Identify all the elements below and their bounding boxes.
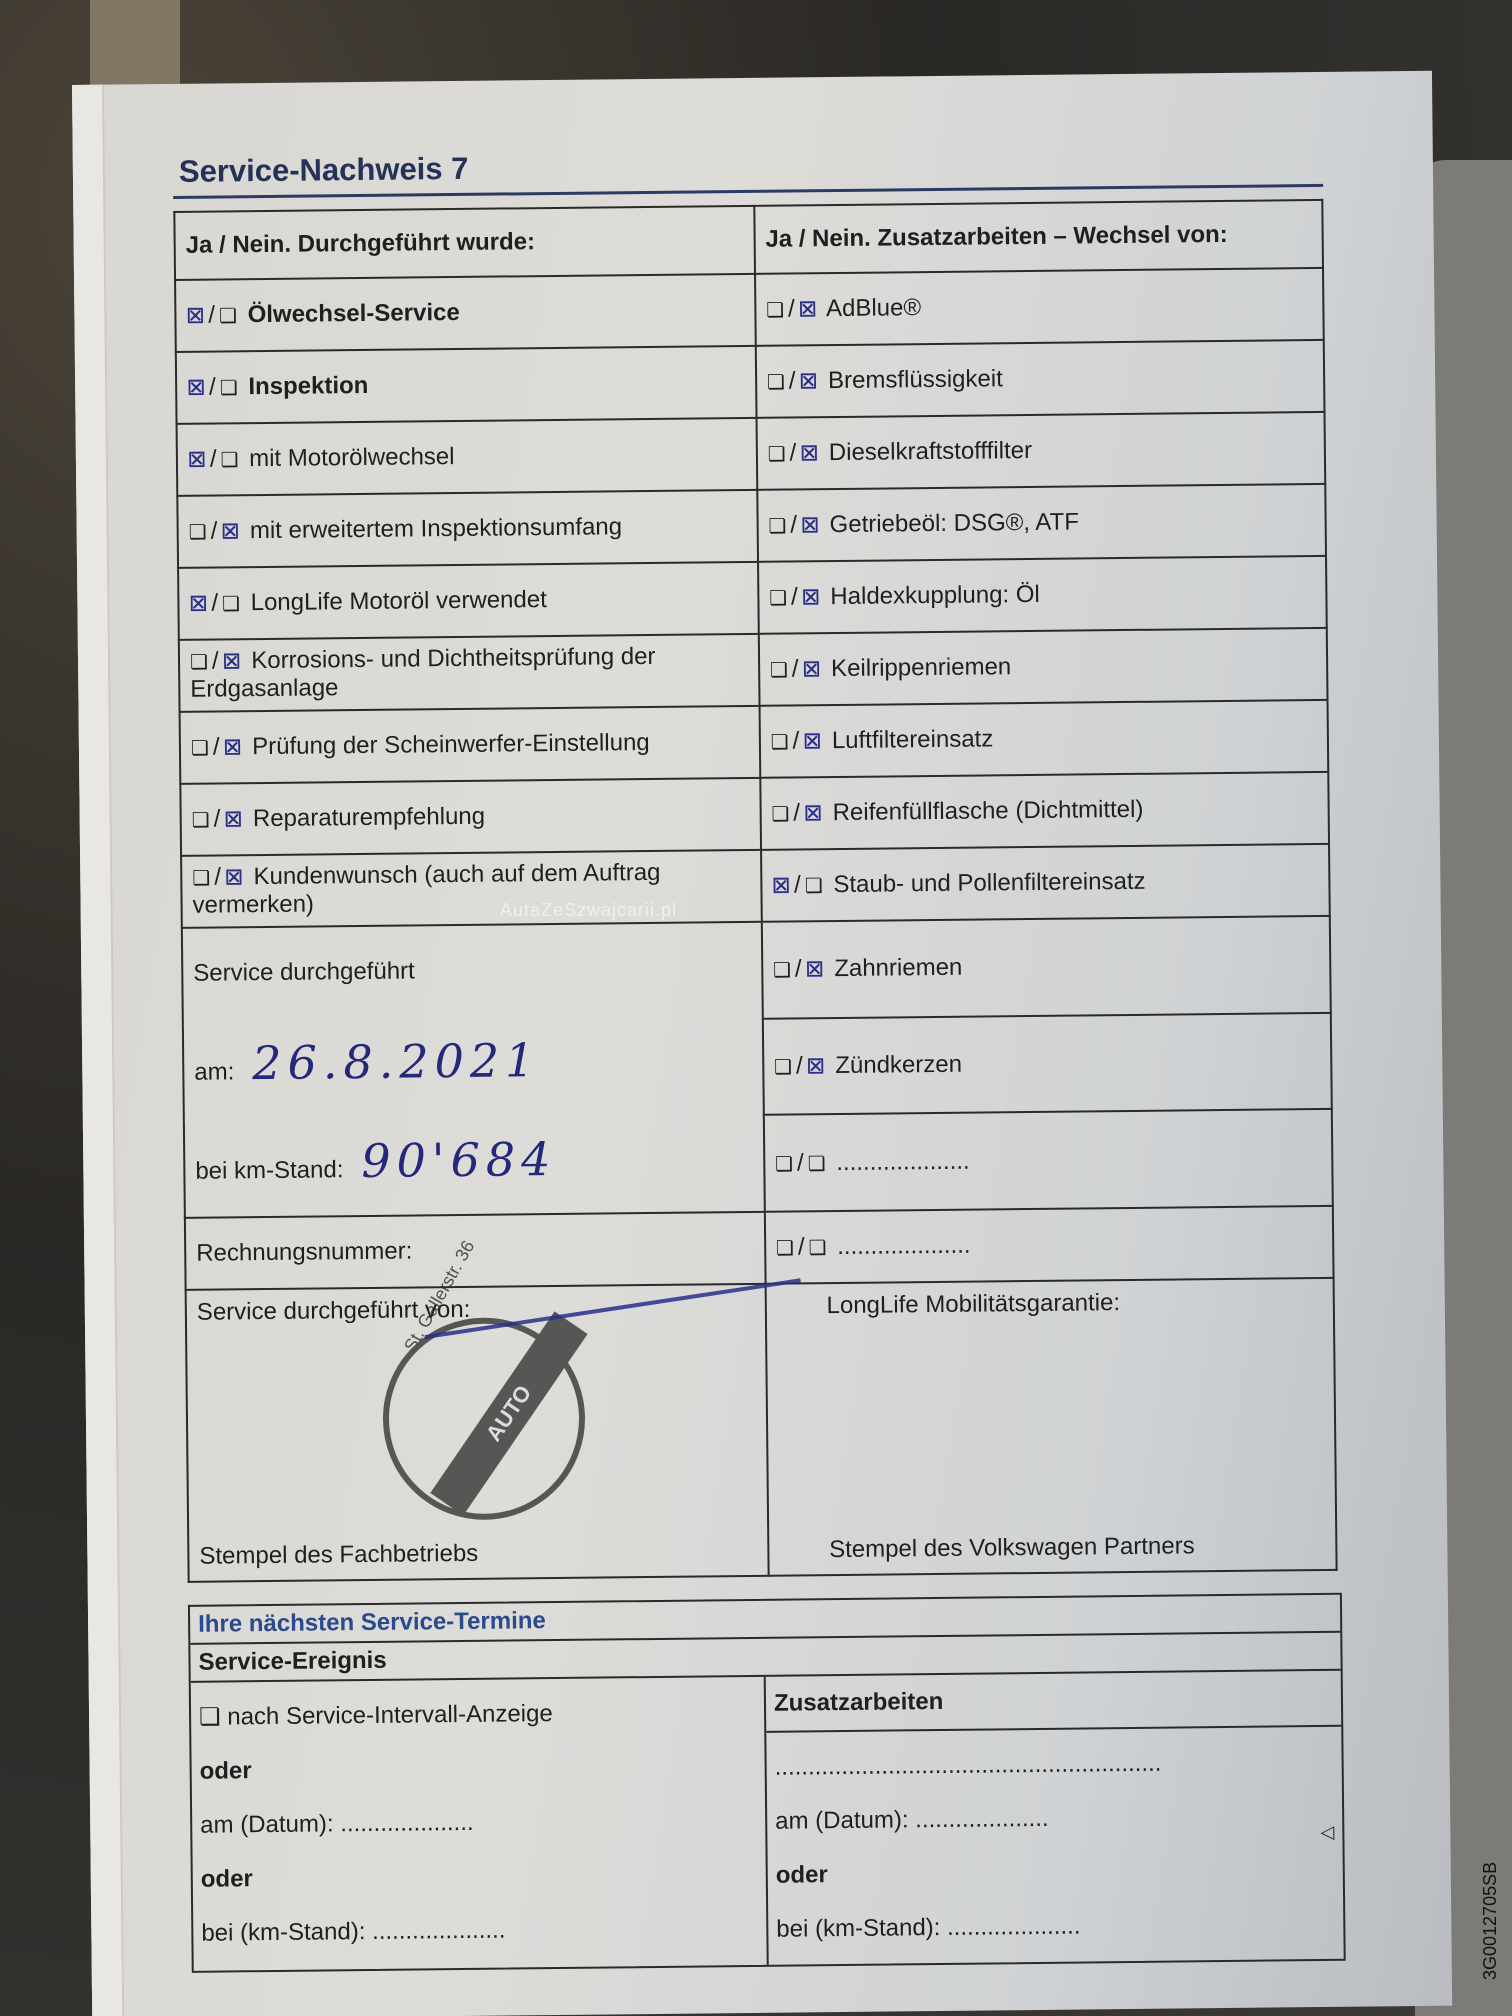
separator: / [789, 367, 796, 394]
separator: / [788, 295, 795, 322]
right-item: ☒/❏ Staub- und Pollenfiltereinsatz [761, 844, 1330, 922]
right-item: ❏/❏ .................... [765, 1206, 1334, 1284]
separator: / [798, 1233, 805, 1260]
additional-date-field[interactable]: am (Datum): .................... [775, 1789, 1335, 1849]
oder-label: oder [201, 1847, 759, 1907]
nein-checkbox[interactable]: ❏ [220, 447, 238, 472]
document-code: 3G0012705SB [1480, 1862, 1501, 1980]
ja-checkbox[interactable]: ❏ [189, 520, 207, 545]
right-item: ❏/☒ Reifenfüllflasche (Dichtmittel) [760, 772, 1329, 850]
page-content: Service-Nachweis 7 Ja / Nein. Durchgefüh… [173, 142, 1342, 1973]
left-header: Ja / Nein. Durchgeführt wurde: [174, 206, 754, 280]
service-date-km-cell: Service durchgeführt am:26.8.2021bei km-… [182, 922, 765, 1218]
right-item: ❏/☒ Haldexkupplung: Öl [758, 556, 1327, 634]
right-item: ❏/☒ Zahnriemen [762, 916, 1331, 1019]
item-label: Zahnriemen [834, 954, 962, 982]
ja-checkbox[interactable]: ☒ [188, 448, 206, 473]
separator: / [797, 1149, 804, 1176]
right-header: Ja / Nein. Zusatzarbeiten – Wechsel von: [754, 200, 1323, 274]
separator: / [789, 439, 796, 466]
nein-checkbox[interactable]: ☒ [799, 297, 817, 322]
nein-checkbox[interactable]: ☒ [807, 1054, 825, 1079]
ja-checkbox[interactable]: ❏ [775, 1151, 793, 1176]
left-item: ☒/❏ LongLife Motoröl verwendet [178, 562, 758, 640]
separator: / [214, 863, 221, 890]
oder-label: oder [199, 1739, 757, 1799]
km-value[interactable]: 90'684 [361, 1132, 557, 1188]
ja-checkbox[interactable]: ❏ [776, 1236, 794, 1261]
item-label: Reparaturempfehlung [253, 803, 485, 832]
right-item: ❏/☒ Keilrippenriemen [759, 628, 1328, 706]
separator: / [208, 302, 215, 329]
separator: / [792, 655, 799, 682]
separator: / [213, 733, 220, 760]
ja-checkbox[interactable]: ❏ [190, 650, 208, 675]
nein-checkbox[interactable]: ☒ [801, 513, 819, 538]
nein-checkbox[interactable]: ☒ [225, 865, 243, 890]
ja-checkbox[interactable]: ☒ [187, 376, 205, 401]
left-item: ☒/❏ Inspektion [176, 346, 756, 424]
nein-checkbox[interactable]: ☒ [223, 649, 241, 674]
item-label: Zündkerzen [835, 1051, 962, 1079]
separator: / [213, 805, 220, 832]
left-item: ❏/☒ Korrosions- und Dichtheitsprüfung de… [179, 634, 759, 712]
separator: / [793, 799, 800, 826]
nein-checkbox[interactable]: ❏ [808, 1235, 826, 1260]
item-label: mit erweitertem Inspektionsumfang [250, 513, 622, 544]
item-label: AdBlue® [826, 294, 921, 322]
next-date-field[interactable]: am (Datum): .................... [200, 1793, 758, 1853]
left-item: ❏/☒ Reparaturempfehlung [180, 778, 760, 856]
ja-checkbox[interactable]: ❏ [769, 586, 787, 611]
nein-checkbox[interactable]: ☒ [223, 735, 241, 760]
nein-checkbox[interactable]: ☒ [806, 958, 824, 983]
item-label: Dieselkraftstofffilter [829, 437, 1032, 466]
item-label: Staub- und Pollenfiltereinsatz [833, 868, 1145, 898]
ja-checkbox[interactable]: ❏ [192, 808, 210, 833]
right-item: ❏/☒ Bremsflüssigkeit [756, 340, 1325, 418]
additional-work-field[interactable]: ........................................… [774, 1735, 1334, 1795]
separator: / [796, 1052, 803, 1079]
item-label: .................... [836, 1147, 970, 1175]
separator: / [794, 871, 801, 898]
right-item: ❏/❏ .................... [764, 1109, 1333, 1212]
nein-checkbox[interactable]: ☒ [802, 585, 820, 610]
separator: / [795, 956, 802, 983]
signature [425, 1278, 810, 1398]
item-label: Bremsflüssigkeit [828, 365, 1003, 394]
ja-checkbox[interactable]: ❏ [773, 958, 791, 983]
nein-checkbox[interactable]: ☒ [804, 801, 822, 826]
service-record-table: Ja / Nein. Durchgeführt wurde: Ja / Nein… [173, 199, 1337, 1583]
separator: / [211, 589, 218, 616]
nein-checkbox[interactable]: ❏ [222, 591, 240, 616]
ja-checkbox[interactable]: ❏ [771, 730, 789, 755]
ja-checkbox[interactable]: ❏ [768, 442, 786, 467]
item-label: Luftfiltereinsatz [832, 725, 994, 754]
service-booklet-page: Service-Nachweis 7 Ja / Nein. Durchgefüh… [72, 71, 1452, 2016]
ja-checkbox[interactable]: ❏ [768, 514, 786, 539]
additional-km-field[interactable]: bei (km-Stand): .................... [776, 1897, 1336, 1957]
item-label: Prüfung der Scheinwerfer-Einstellung [252, 729, 650, 760]
ja-checkbox[interactable]: ❏ [774, 1054, 792, 1079]
nein-checkbox[interactable]: ☒ [800, 441, 818, 466]
service-date-value[interactable]: 26.8.2021 [252, 1033, 541, 1090]
additional-work-column: Zusatzarbeiten .........................… [766, 1671, 1344, 1965]
separator: / [212, 647, 219, 674]
separator: / [210, 518, 217, 545]
left-item: ❏/☒ mit erweitertem Inspektionsumfang [177, 490, 757, 568]
left-item: ☒/❏ Ölwechsel-Service [175, 274, 755, 352]
item-label: Getriebeöl: DSG®, ATF [829, 508, 1079, 538]
item-label: Keilrippenriemen [831, 653, 1011, 682]
ja-checkbox[interactable]: ☒ [186, 304, 204, 329]
ja-checkbox[interactable]: ❏ [766, 298, 784, 323]
item-label: LongLife Motoröl verwendet [251, 586, 547, 616]
ja-checkbox[interactable]: ☒ [772, 874, 790, 899]
watermark: AutaZeSzwajcarii.pl [500, 900, 677, 921]
ja-checkbox[interactable]: ☒ [189, 592, 207, 617]
workshop-stamp-label: Stempel des Fachbetriebs [199, 1540, 478, 1571]
nein-checkbox[interactable]: ☒ [799, 369, 817, 394]
left-item: ❏/☒ Prüfung der Scheinwerfer-Einstellung [180, 706, 760, 784]
item-label: Reifenfüllflasche (Dichtmittel) [832, 796, 1143, 826]
workshop-stamp-cell: Service durchgeführt von:St. Gallerstr. … [186, 1284, 769, 1582]
item-label: mit Motorölwechsel [249, 443, 455, 472]
nein-checkbox[interactable]: ❏ [805, 873, 823, 898]
oder-label: oder [776, 1843, 1336, 1903]
next-service-section: Ihre nächsten Service-Termine Service-Er… [188, 1593, 1346, 1973]
item-label: Ölwechsel-Service [247, 299, 459, 328]
separator: / [791, 583, 798, 610]
invoice-label: Rechnungsnummer: [196, 1238, 412, 1267]
triangle-marker-icon: ◁ [1320, 1805, 1334, 1859]
nein-checkbox[interactable]: ❏ [219, 303, 237, 328]
additional-work-heading: Zusatzarbeiten [766, 1671, 1342, 1733]
interval-option[interactable]: ❏ nach Service-Intervall-Anzeige [199, 1685, 757, 1745]
nein-checkbox[interactable]: ☒ [221, 519, 239, 544]
separator: / [790, 511, 797, 538]
next-km-field[interactable]: bei (km-Stand): .................... [201, 1901, 759, 1961]
item-label: Inspektion [248, 372, 368, 400]
right-item: ❏/☒ Getriebeöl: DSG®, ATF [757, 484, 1326, 562]
ja-checkbox[interactable]: ❏ [192, 866, 210, 891]
ja-checkbox[interactable]: ❏ [770, 658, 788, 683]
partner-stamp-label: Stempel des Volkswagen Partners [829, 1532, 1195, 1564]
separator: / [209, 374, 216, 401]
ja-checkbox[interactable]: ❏ [191, 736, 209, 761]
nein-checkbox[interactable]: ☒ [803, 729, 821, 754]
km-label: bei km-Stand: [195, 1156, 343, 1185]
nein-checkbox[interactable]: ❏ [808, 1151, 826, 1176]
service-event-column: ❏ nach Service-Intervall-Anzeige oder am… [191, 1677, 769, 1971]
item-label: Korrosions- und Dichtheitsprüfung der Er… [190, 643, 655, 703]
nein-checkbox[interactable]: ❏ [220, 375, 238, 400]
ja-checkbox[interactable]: ❏ [771, 802, 789, 827]
ja-checkbox[interactable]: ❏ [767, 370, 785, 395]
right-item: ❏/☒ Dieselkraftstofffilter [756, 412, 1325, 490]
mobility-guarantee-label: LongLife Mobilitätsgarantie: [826, 1289, 1120, 1320]
nein-checkbox[interactable]: ☒ [224, 807, 242, 832]
right-item: ❏/☒ Luftfiltereinsatz [759, 700, 1328, 778]
page-title: Service-Nachweis 7 [179, 142, 1323, 190]
left-item: ☒/❏ mit Motorölwechsel [177, 418, 757, 496]
right-item: ❏/☒ AdBlue® [755, 268, 1324, 346]
separator: / [210, 446, 217, 473]
partner-stamp-cell: LongLife Mobilitätsgarantie:Stempel des … [765, 1278, 1336, 1576]
nein-checkbox[interactable]: ☒ [802, 657, 820, 682]
item-label: Haldexkupplung: Öl [830, 581, 1040, 610]
separator: / [792, 727, 799, 754]
right-item: ❏/☒ Zündkerzen [763, 1013, 1332, 1116]
item-label: .................... [837, 1232, 971, 1260]
